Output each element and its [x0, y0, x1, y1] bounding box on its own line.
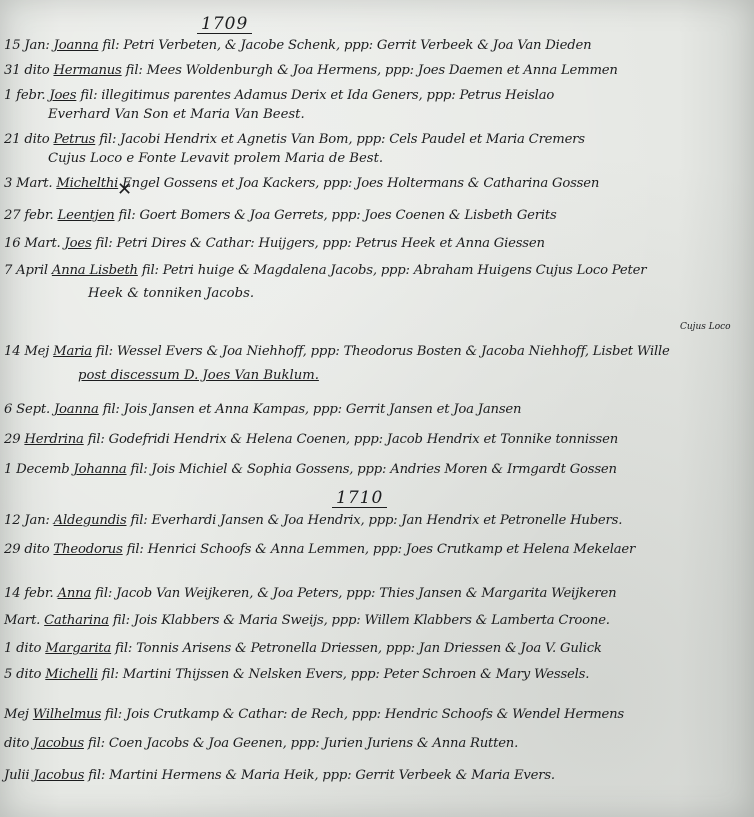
- register-entry: 21 ditoPetrusfil: Jacobi Hendrix et Agne…: [4, 131, 750, 148]
- entry-date: 5 dito: [4, 666, 41, 683]
- entry-date: 7 April: [4, 262, 48, 279]
- register-entry: 16 Mart.Joesfil: Petri Dires & Cathar: H…: [4, 235, 750, 252]
- entry-date: 27 febr.: [4, 207, 54, 224]
- entry-continuation: post discessum D. Joes Van Buklum.: [78, 367, 319, 384]
- entry-text: fil: Tonnis Arisens & Petronella Driesse…: [115, 641, 602, 656]
- entry-date: 31 dito: [4, 62, 49, 79]
- entry-child-name: Johanna: [74, 462, 127, 477]
- entry-child-name: Margarita: [45, 641, 111, 656]
- entry-text: fil: Jacob Van Weijkeren, & Joa Peters, …: [95, 586, 616, 601]
- register-entry: JuliiJacobusfil: Martini Hermens & Maria…: [4, 767, 750, 784]
- entry-text: fil: Petri Dires & Cathar: Huijgers, ppp…: [96, 236, 545, 251]
- entry-child-name: Anna Lisbeth: [52, 263, 138, 278]
- entry-child-name: Wilhelmus: [33, 707, 101, 722]
- register-entry: 1 ditoMargaritafil: Tonnis Arisens & Pet…: [4, 640, 750, 657]
- register-entry: 15 Jan:Joannafil: Petri Verbeten, & Jaco…: [4, 37, 750, 54]
- entry-child-name: Herdrina: [24, 432, 83, 447]
- entry-date: 16 Mart.: [4, 235, 61, 252]
- entry-child-name: Leentjen: [58, 208, 115, 223]
- register-entry: Mart.Catharinafil: Jois Klabbers & Maria…: [4, 612, 750, 629]
- entry-child-name: Michelli: [45, 667, 97, 682]
- register-entry: 6 Sept.Joannafil: Jois Jansen et Anna Ka…: [4, 401, 750, 418]
- register-entry: ditoJacobusfil: Coen Jacobs & Joa Geenen…: [4, 735, 750, 752]
- entry-child-name: Jacobus: [33, 768, 84, 783]
- register-entry: 1 febr.Joesfil: illegitimus parentes Ada…: [4, 87, 750, 104]
- margin-note: Cujus Loco: [680, 322, 731, 332]
- register-entry: 7 AprilAnna Lisbethfil: Petri huige & Ma…: [4, 262, 750, 279]
- register-entry: 29Herdrinafil: Godefridi Hendrix & Helen…: [4, 431, 750, 448]
- entry-text: fil: Henrici Schoofs & Anna Lemmen, ppp:…: [127, 542, 635, 557]
- register-entry: 12 Jan:Aldegundisfil: Everhardi Jansen &…: [4, 512, 750, 529]
- entry-date: 3 Mart.: [4, 175, 52, 192]
- year-heading-1710: 1710: [332, 489, 387, 508]
- entry-date: 21 dito: [4, 131, 49, 148]
- cropped-top-line: [0, 0, 754, 16]
- entry-date: Mej: [4, 706, 29, 723]
- entry-continuation: Everhard Van Son et Maria Van Beest.: [48, 106, 305, 123]
- register-entry: 5 ditoMichellifil: Martini Thijssen & Ne…: [4, 666, 750, 683]
- entry-child-name: Joes: [65, 236, 92, 251]
- entry-child-name: Petrus: [53, 132, 95, 147]
- entry-child-name: Theodorus: [53, 542, 122, 557]
- year-heading-1709: 1709: [197, 15, 252, 34]
- entry-child-name: Jacobus: [33, 736, 84, 751]
- register-entry: 31 ditoHermanusfil: Mees Woldenburgh & J…: [4, 62, 750, 79]
- entry-child-name: Anna: [58, 586, 92, 601]
- entry-date: 6 Sept.: [4, 401, 50, 418]
- entry-date: 14 Mej: [4, 343, 49, 360]
- register-entry: 1 DecembJohannafil: Jois Michiel & Sophi…: [4, 461, 750, 478]
- entry-date: 12 Jan:: [4, 512, 50, 529]
- entry-child-name: Joanna: [54, 38, 99, 53]
- register-entry: 14 MejMariafil: Wessel Evers & Joa Niehh…: [4, 343, 750, 360]
- entry-child-name: Catharina: [44, 613, 109, 628]
- entry-date: 14 febr.: [4, 585, 54, 602]
- entry-child-name: Joes: [49, 88, 76, 103]
- register-entry: 27 febr.Leentjenfil: Goert Bomers & Joa …: [4, 207, 750, 224]
- entry-date: 1 dito: [4, 640, 41, 657]
- entry-child-name: Hermanus: [53, 63, 121, 78]
- entry-text: fil: Jois Jansen et Anna Kampas, ppp: Ge…: [103, 402, 522, 417]
- entry-date: Mart.: [4, 612, 40, 629]
- cross-mark-icon: ✕: [117, 181, 132, 199]
- register-entry: MejWilhelmusfil: Jois Crutkamp & Cathar:…: [4, 706, 750, 723]
- entry-text: fil: Jois Klabbers & Maria Sweijs, ppp: …: [113, 613, 610, 628]
- entry-date: 1 Decemb: [4, 461, 70, 478]
- entry-text: fil: Mees Woldenburgh & Joa Hermens, ppp…: [126, 63, 618, 78]
- entry-text: fil: Petri huige & Magdalena Jacobs, ppp…: [142, 263, 646, 278]
- register-entry: 14 febr.Annafil: Jacob Van Weijkeren, & …: [4, 585, 750, 602]
- entry-text: fil: illegitimus parentes Adamus Derix e…: [80, 88, 554, 103]
- entry-text: fil: Martini Hermens & Maria Heik, ppp: …: [88, 768, 555, 783]
- entry-text: fil: Jois Crutkamp & Cathar: de Rech, pp…: [105, 707, 624, 722]
- entry-date: 29: [4, 431, 20, 448]
- entry-date: dito: [4, 735, 29, 752]
- entry-child-name: Michelthi: [56, 176, 118, 191]
- entry-text: fil: Godefridi Hendrix & Helena Coenen, …: [88, 432, 618, 447]
- entry-text: Engel Gossens et Joa Kackers, ppp: Joes …: [122, 176, 599, 191]
- entry-text: fil: Jois Michiel & Sophia Gossens, ppp:…: [131, 462, 617, 477]
- entry-text: fil: Petri Verbeten, & Jacobe Schenk, pp…: [102, 38, 591, 53]
- entry-text: fil: Wessel Evers & Joa Niehhoff, ppp: T…: [96, 344, 670, 359]
- entry-continuation: Heek & tonniken Jacobs.: [88, 285, 254, 302]
- entry-child-name: Joanna: [54, 402, 99, 417]
- entry-date: 15 Jan:: [4, 37, 50, 54]
- entry-text: fil: Coen Jacobs & Joa Geenen, ppp: Juri…: [88, 736, 518, 751]
- entry-continuation: Cujus Loco e Fonte Levavit prolem Maria …: [48, 150, 383, 167]
- entry-text: fil: Martini Thijssen & Nelsken Evers, p…: [102, 667, 589, 682]
- entry-child-name: Maria: [53, 344, 92, 359]
- entry-child-name: Aldegundis: [54, 513, 127, 528]
- entry-text: fil: Jacobi Hendrix et Agnetis Van Bom, …: [99, 132, 585, 147]
- register-entry: 29 ditoTheodorusfil: Henrici Schoofs & A…: [4, 541, 750, 558]
- entry-text: fil: Everhardi Jansen & Joa Hendrix, ppp…: [131, 513, 623, 528]
- entry-date: 29 dito: [4, 541, 49, 558]
- entry-date: 1 febr.: [4, 87, 45, 104]
- entry-text: fil: Goert Bomers & Joa Gerrets, ppp: Jo…: [119, 208, 557, 223]
- register-entry: 3 Mart.MichelthiEngel Gossens et Joa Kac…: [4, 175, 750, 192]
- entry-date: Julii: [4, 767, 29, 784]
- register-page: 1709 15 Jan:Joannafil: Petri Verbeten, &…: [0, 0, 754, 817]
